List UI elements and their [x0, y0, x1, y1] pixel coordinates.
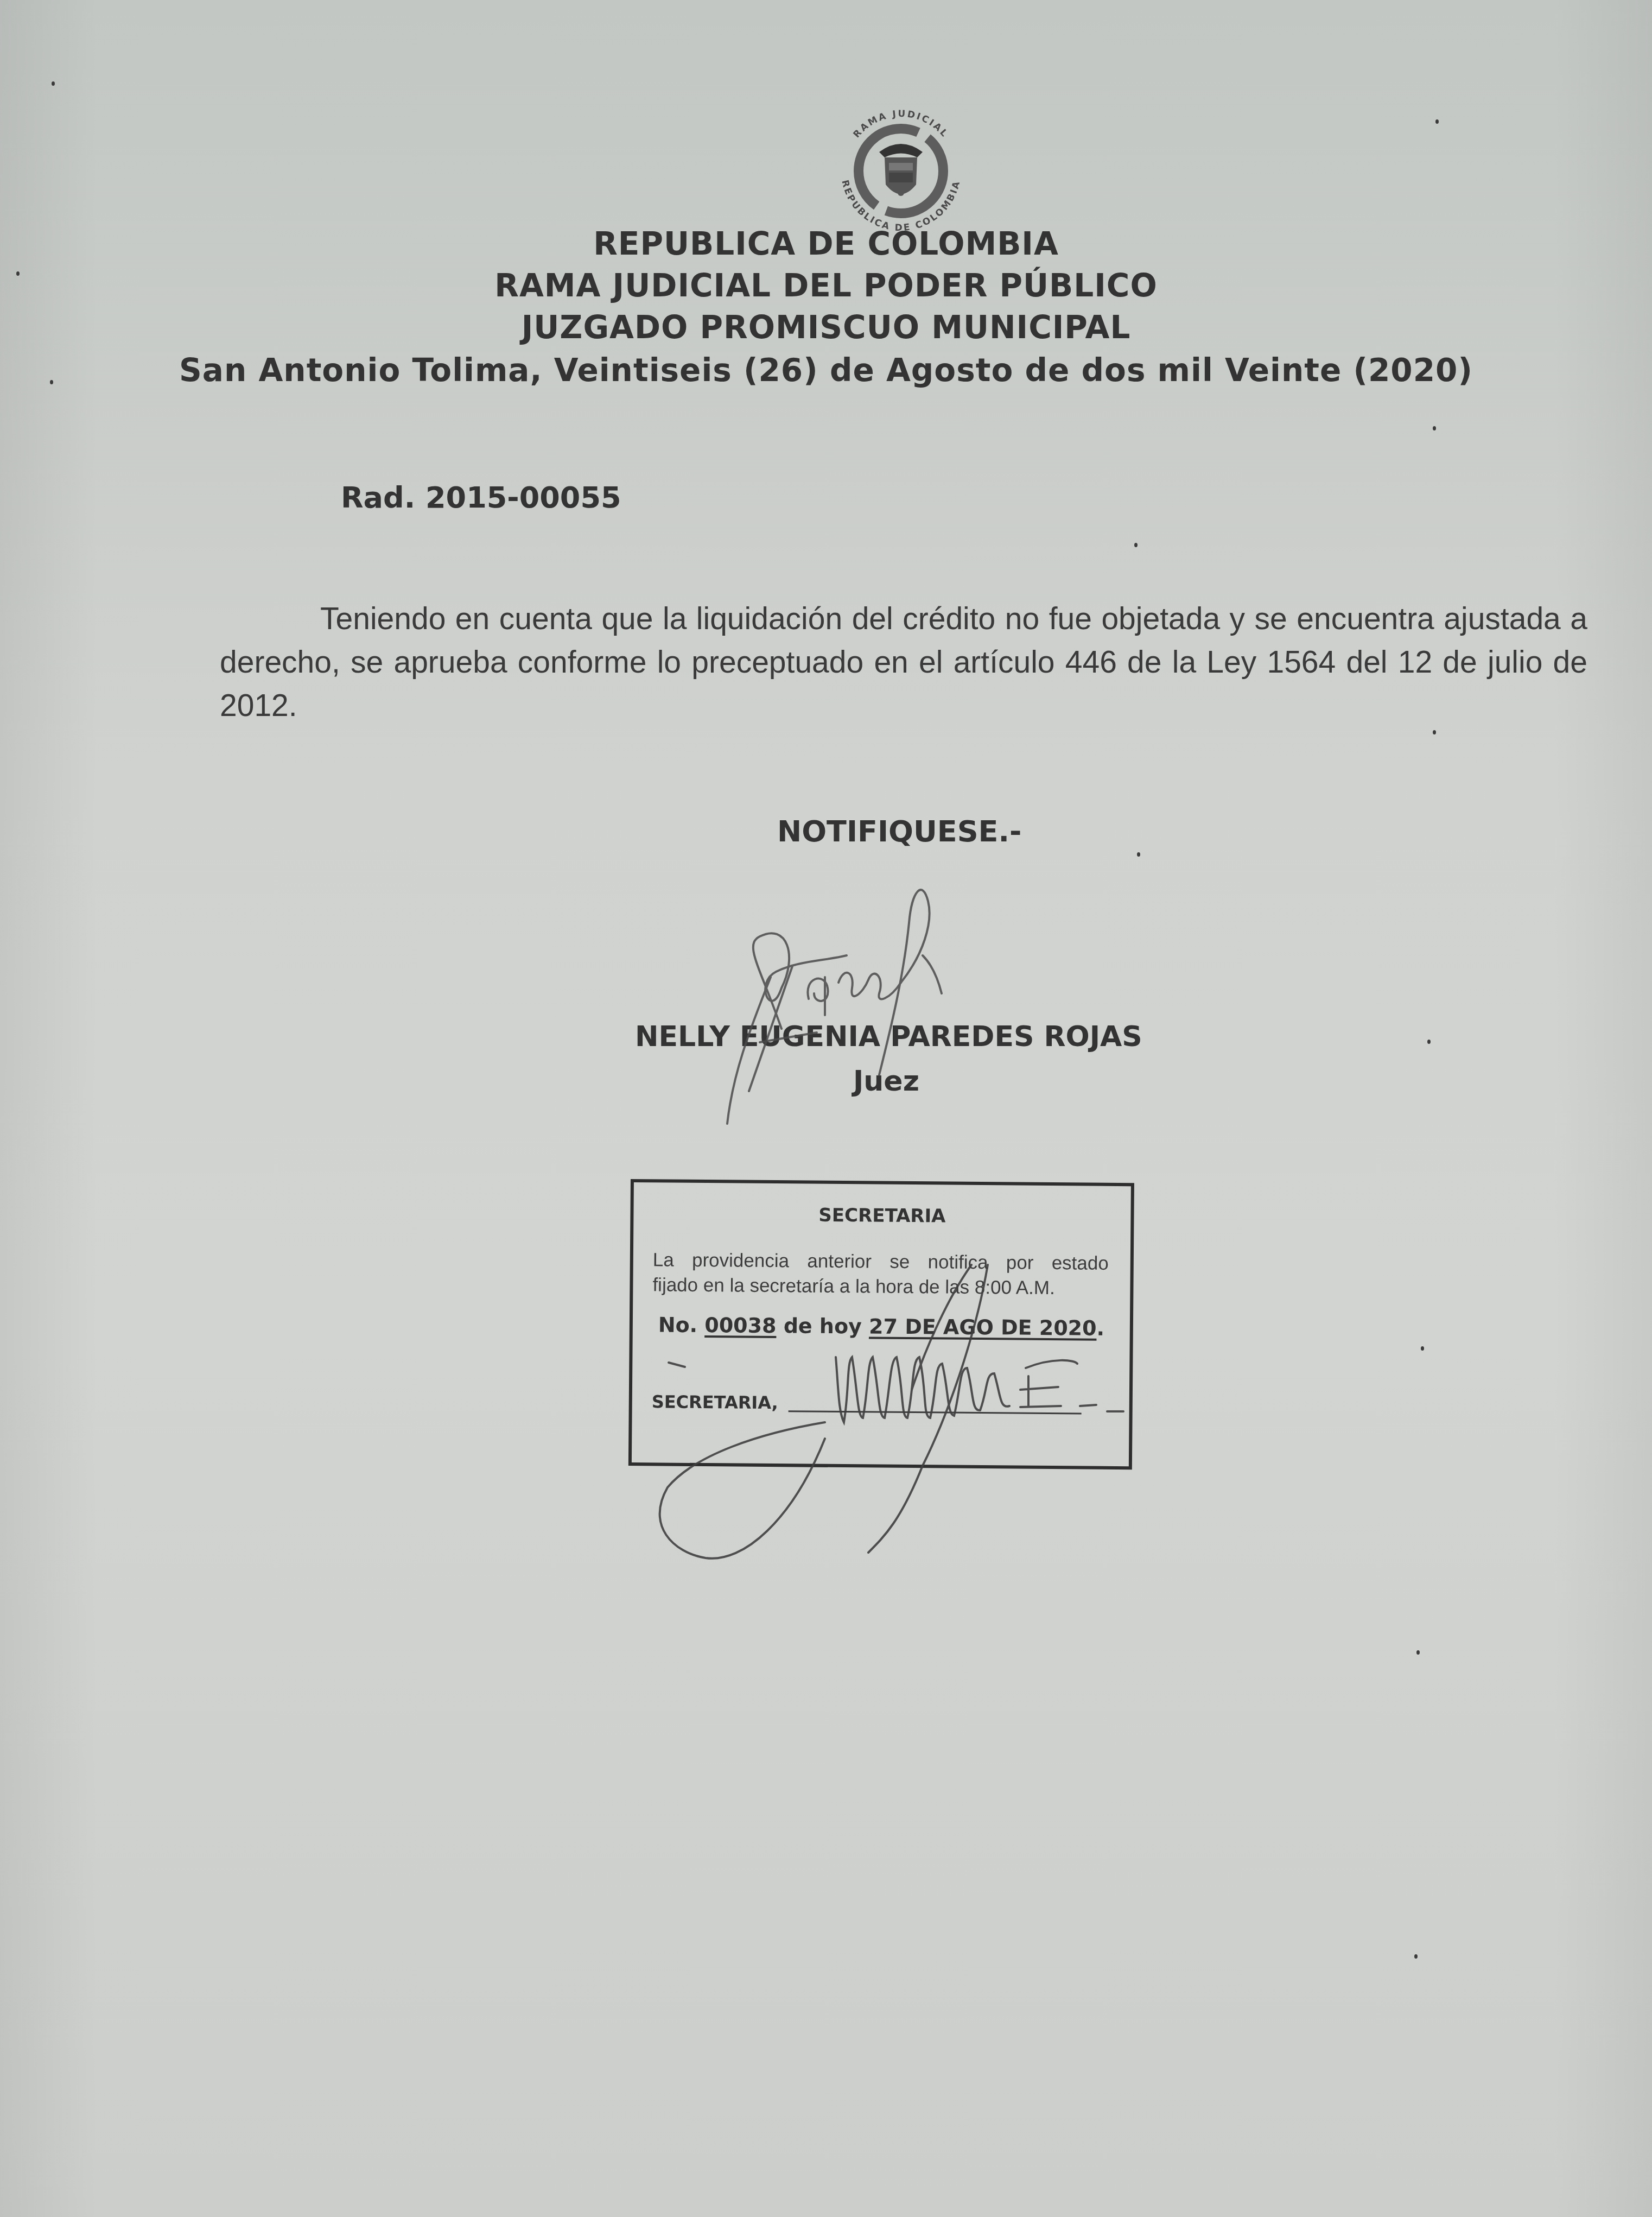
secretaria-signature-label: SECRETARIA, [652, 1391, 778, 1413]
case-radicado: Rad. 2015-00055 [341, 480, 621, 515]
paper-speck [16, 271, 20, 276]
estado-number: 00038 [704, 1313, 777, 1338]
paper-speck [1427, 1040, 1431, 1044]
paper-speck [1421, 1346, 1424, 1351]
secretaria-signature-line [789, 1410, 1082, 1414]
header-court: JUZGADO PROMISCUO MUNICIPAL [0, 309, 1652, 346]
colombia-coat-of-arms-seal-icon: RAMA JUDICIAL REPUBLICA DE COLOMBIA [825, 103, 977, 239]
paper-speck [1433, 730, 1436, 734]
paper-speck [1416, 1650, 1420, 1655]
notify-heading: NOTIFIQUESE.- [777, 814, 1021, 848]
secretaria-notice-line2: fijado en la secretaría a la hora de las… [652, 1272, 1108, 1301]
estado-date: 27 DE AGO DE 2020 [869, 1314, 1097, 1340]
estado-mid: de hoy [784, 1314, 862, 1338]
paper-speck [1433, 426, 1436, 430]
estado-date-suffix: . [1096, 1316, 1104, 1340]
judge-name: NELLY EUGENIA PAREDES ROJAS [635, 1021, 1142, 1053]
paper-speck [1134, 543, 1138, 547]
estado-line: No. 00038 de hoy 27 DE AGO DE 2020. [633, 1313, 1130, 1340]
header-country: REPUBLICA DE COLOMBIA [0, 225, 1652, 262]
header-place-date: San Antonio Tolima, Veintiseis (26) de A… [0, 352, 1652, 389]
document-page: RAMA JUDICIAL REPUBLICA DE COLOMBIA REPU… [0, 0, 1652, 2217]
secretaria-notice-line1: La providencia anterior se notifica por … [653, 1247, 1109, 1276]
paper-speck [50, 380, 53, 384]
secretaria-notification-box: SECRETARIA La providencia anterior se no… [628, 1179, 1134, 1469]
order-paragraph-text: Teniendo en cuenta que la liquidación de… [220, 601, 1587, 723]
estado-prefix: No. [658, 1313, 698, 1337]
order-paragraph: Teniendo en cuenta que la liquidación de… [220, 597, 1587, 727]
judge-title: Juez [853, 1065, 919, 1098]
paper-speck [1435, 119, 1439, 124]
secretaria-notice-text: La providencia anterior se notifica por … [652, 1247, 1109, 1301]
paper-speck [1414, 1954, 1418, 1959]
paper-speck [1137, 852, 1140, 857]
secretaria-title: SECRETARIA [633, 1203, 1130, 1228]
paper-speck [52, 81, 55, 86]
header-branch: RAMA JUDICIAL DEL PODER PÚBLICO [0, 267, 1652, 304]
